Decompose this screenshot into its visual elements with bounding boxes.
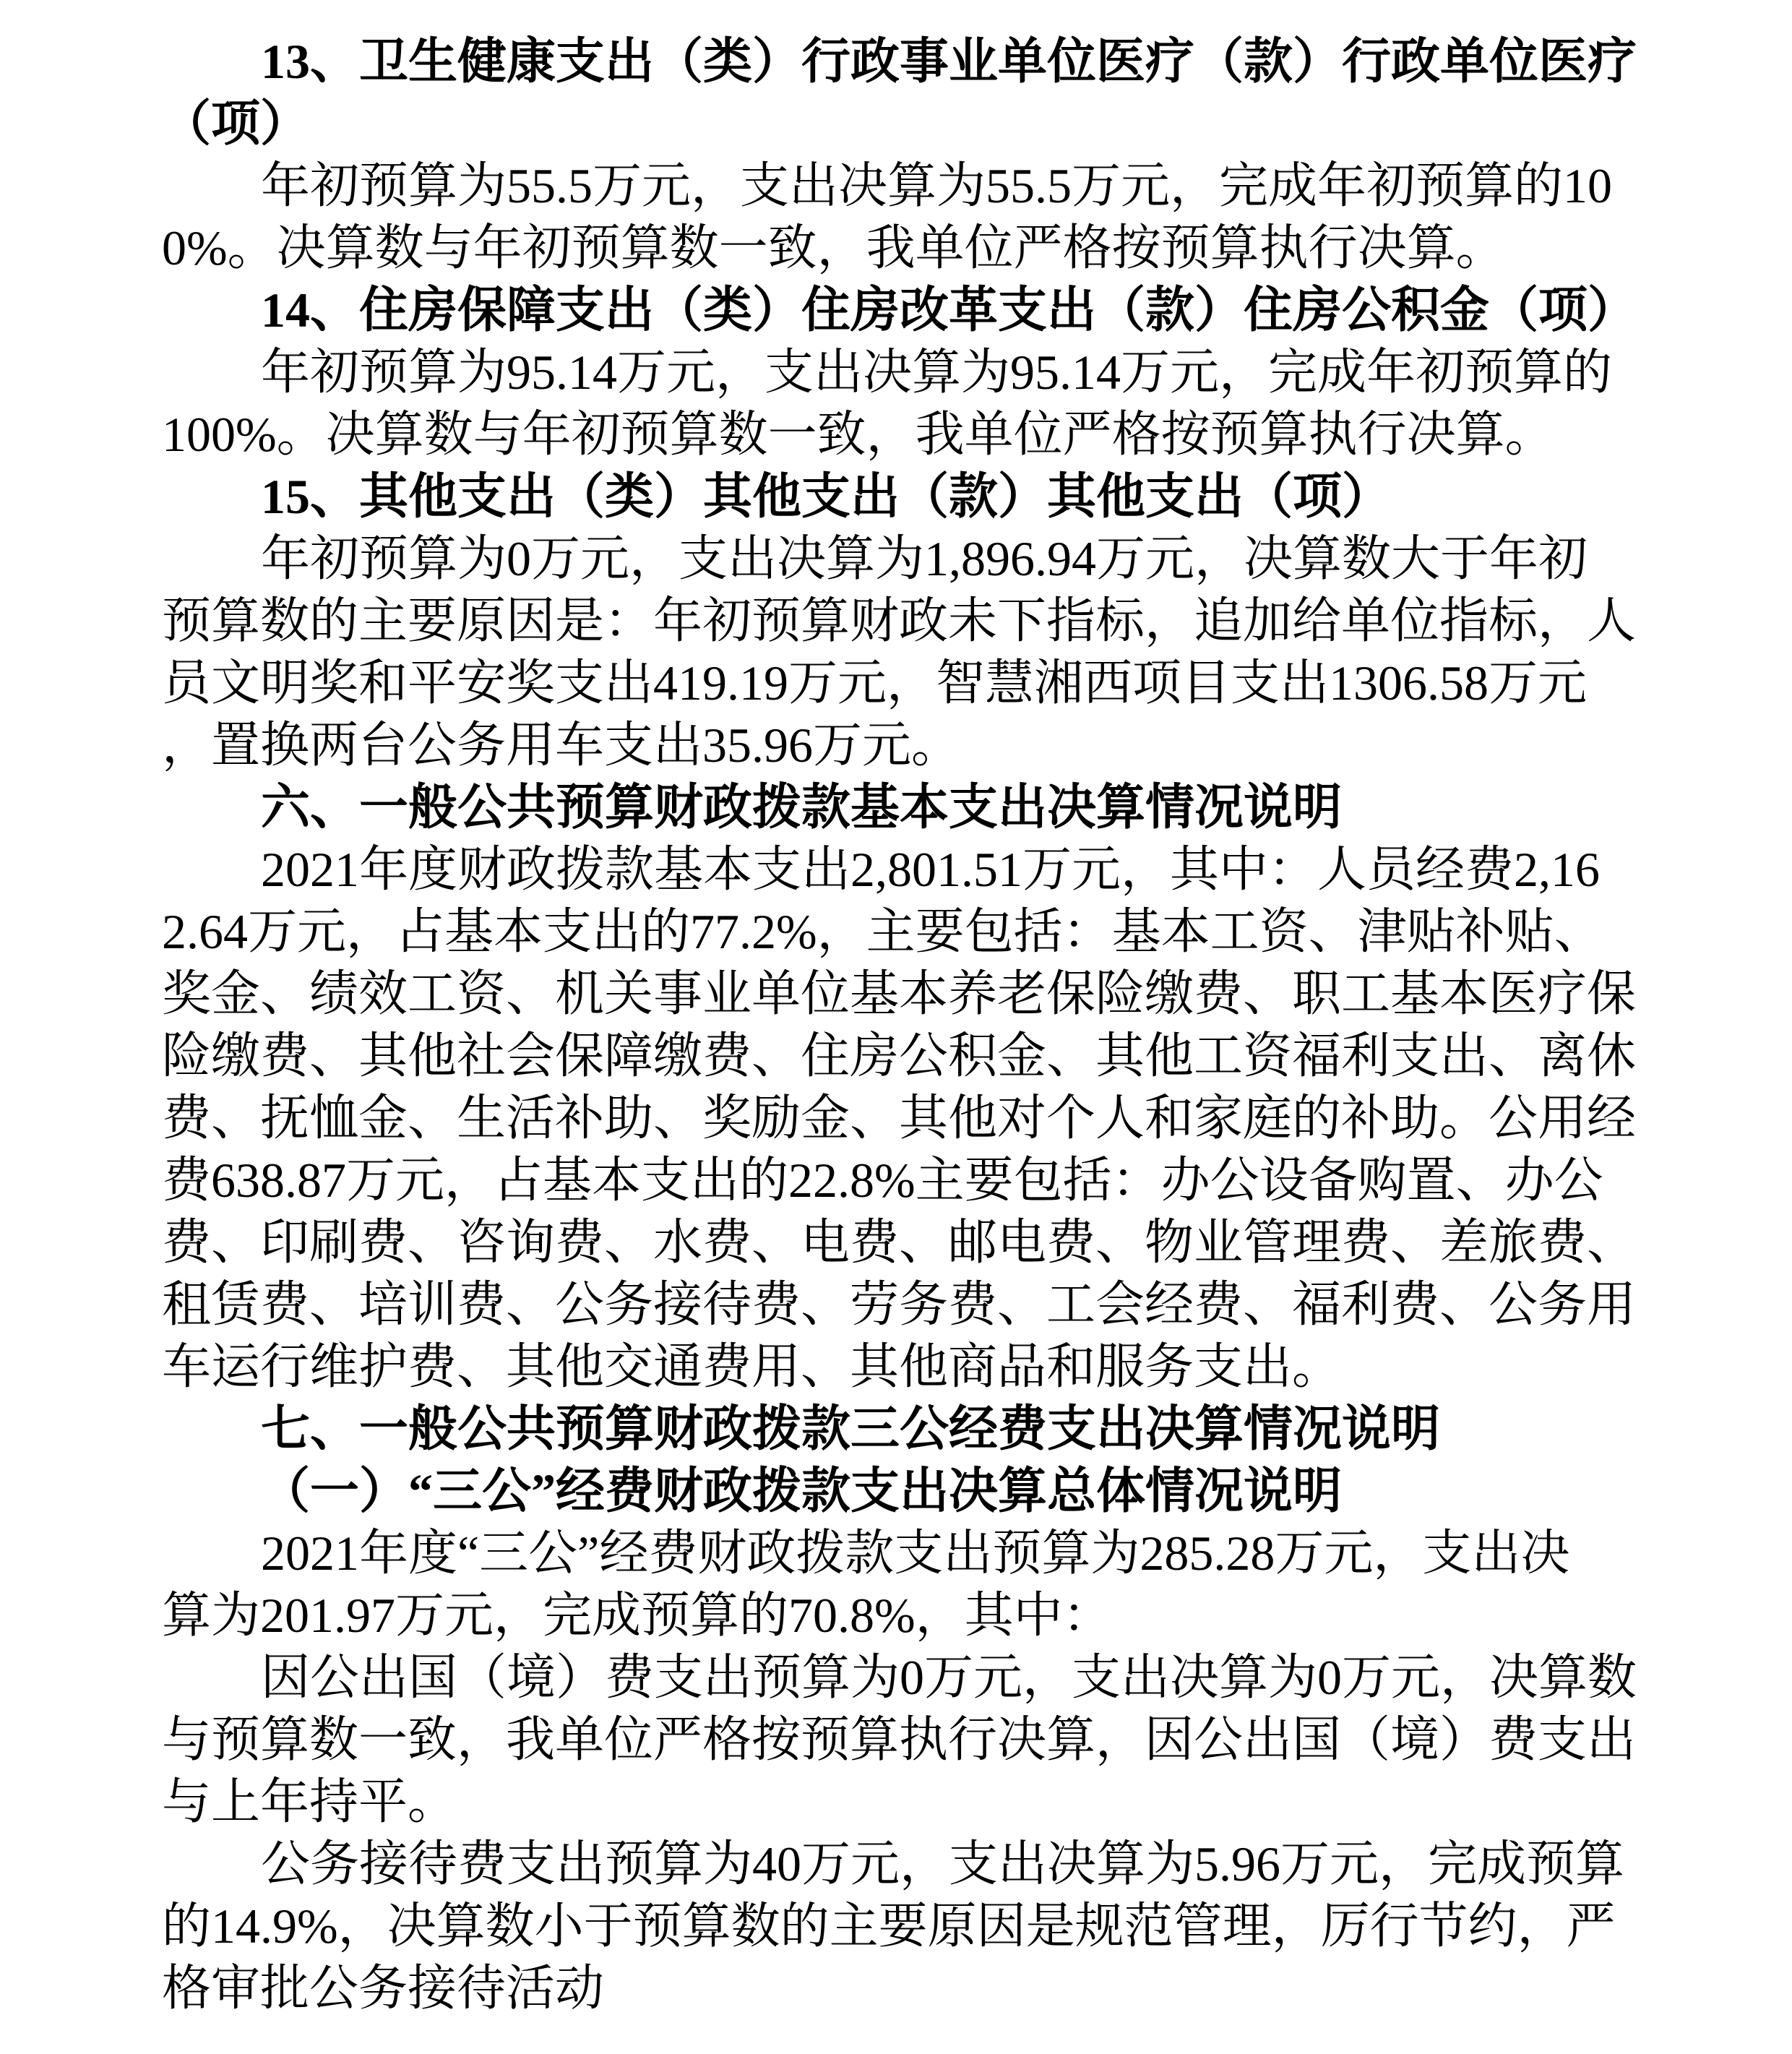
text-line: 费、印刷费、咨询费、水费、电费、邮电费、物业管理费、差旅费、 (162, 1211, 1705, 1273)
document-page: 13、卫生健康支出（类）行政事业单位医疗（款）行政单位医疗（项）年初预算为55.… (0, 0, 1792, 2054)
text-line: 算为201.97万元，完成预算的70.8%，其中： (162, 1584, 1705, 1646)
heading-line: 六、一般公共预算财政拨款基本支出决算情况说明 (162, 776, 1705, 838)
text-line: 100%。决算数与年初预算数一致，我单位严格按预算执行决算。 (162, 403, 1705, 465)
heading-line: 七、一般公共预算财政拨款三公经费支出决算情况说明 (162, 1398, 1705, 1460)
text-line: 员文明奖和平安奖支出419.19万元，智慧湘西项目支出1306.58万元 (162, 652, 1705, 714)
text-line: 费638.87万元，占基本支出的22.8%主要包括：办公设备购置、办公 (162, 1149, 1705, 1211)
text-line: 格审批公务接待活动 (162, 1957, 1705, 2019)
text-line: 年初预算为95.14万元，支出决算为95.14万元，完成年初预算的 (162, 341, 1705, 403)
text-line: 奖金、绩效工资、机关事业单位基本养老保险缴费、职工基本医疗保 (162, 963, 1705, 1025)
text-line: 与上年持平。 (162, 1771, 1705, 1833)
heading-line: 15、其他支出（类）其他支出（款）其他支出（项） (162, 465, 1705, 528)
heading-line: 13、卫生健康支出（类）行政事业单位医疗（款）行政单位医疗 (162, 30, 1705, 93)
text-line: 的14.9%，决算数小于预算数的主要原因是规范管理，厉行节约，严 (162, 1895, 1705, 1957)
text-line: ，置换两台公务用车支出35.96万元。 (162, 714, 1705, 776)
text-line: 年初预算为55.5万元，支出决算为55.5万元，完成年初预算的10 (162, 155, 1705, 217)
text-line: 租赁费、培训费、公务接待费、劳务费、工会经费、福利费、公务用 (162, 1273, 1705, 1336)
heading-line: 14、住房保障支出（类）住房改革支出（款）住房公积金（项） (162, 279, 1705, 341)
text-line: 2.64万元，占基本支出的77.2%，主要包括：基本工资、津贴补贴、 (162, 901, 1705, 963)
text-line: 险缴费、其他社会保障缴费、住房公积金、其他工资福利支出、离休 (162, 1025, 1705, 1087)
text-line: 预算数的主要原因是：年初预算财政未下指标，追加给单位指标，人 (162, 590, 1705, 652)
text-line: 公务接待费支出预算为40万元，支出决算为5.96万元，完成预算 (162, 1833, 1705, 1895)
heading-line: （项） (162, 93, 1705, 155)
text-line: 与预算数一致，我单位严格按预算执行决算，因公出国（境）费支出 (162, 1709, 1705, 1771)
text-line: 车运行维护费、其他交通费用、其他商品和服务支出。 (162, 1336, 1705, 1398)
text-line: 2021年度财政拨款基本支出2,801.51万元，其中：人员经费2,16 (162, 838, 1705, 901)
text-line: 2021年度“三公”经费财政拨款支出预算为285.28万元，支出决 (162, 1522, 1705, 1584)
heading-line: （一）“三公”经费财政拨款支出决算总体情况说明 (162, 1460, 1705, 1522)
text-line: 费、抚恤金、生活补助、奖励金、其他对个人和家庭的补助。公用经 (162, 1087, 1705, 1149)
text-line: 0%。决算数与年初预算数一致，我单位严格按预算执行决算。 (162, 217, 1705, 279)
text-line: 因公出国（境）费支出预算为0万元，支出决算为0万元，决算数 (162, 1646, 1705, 1709)
text-line: 年初预算为0万元，支出决算为1,896.94万元，决算数大于年初 (162, 528, 1705, 590)
